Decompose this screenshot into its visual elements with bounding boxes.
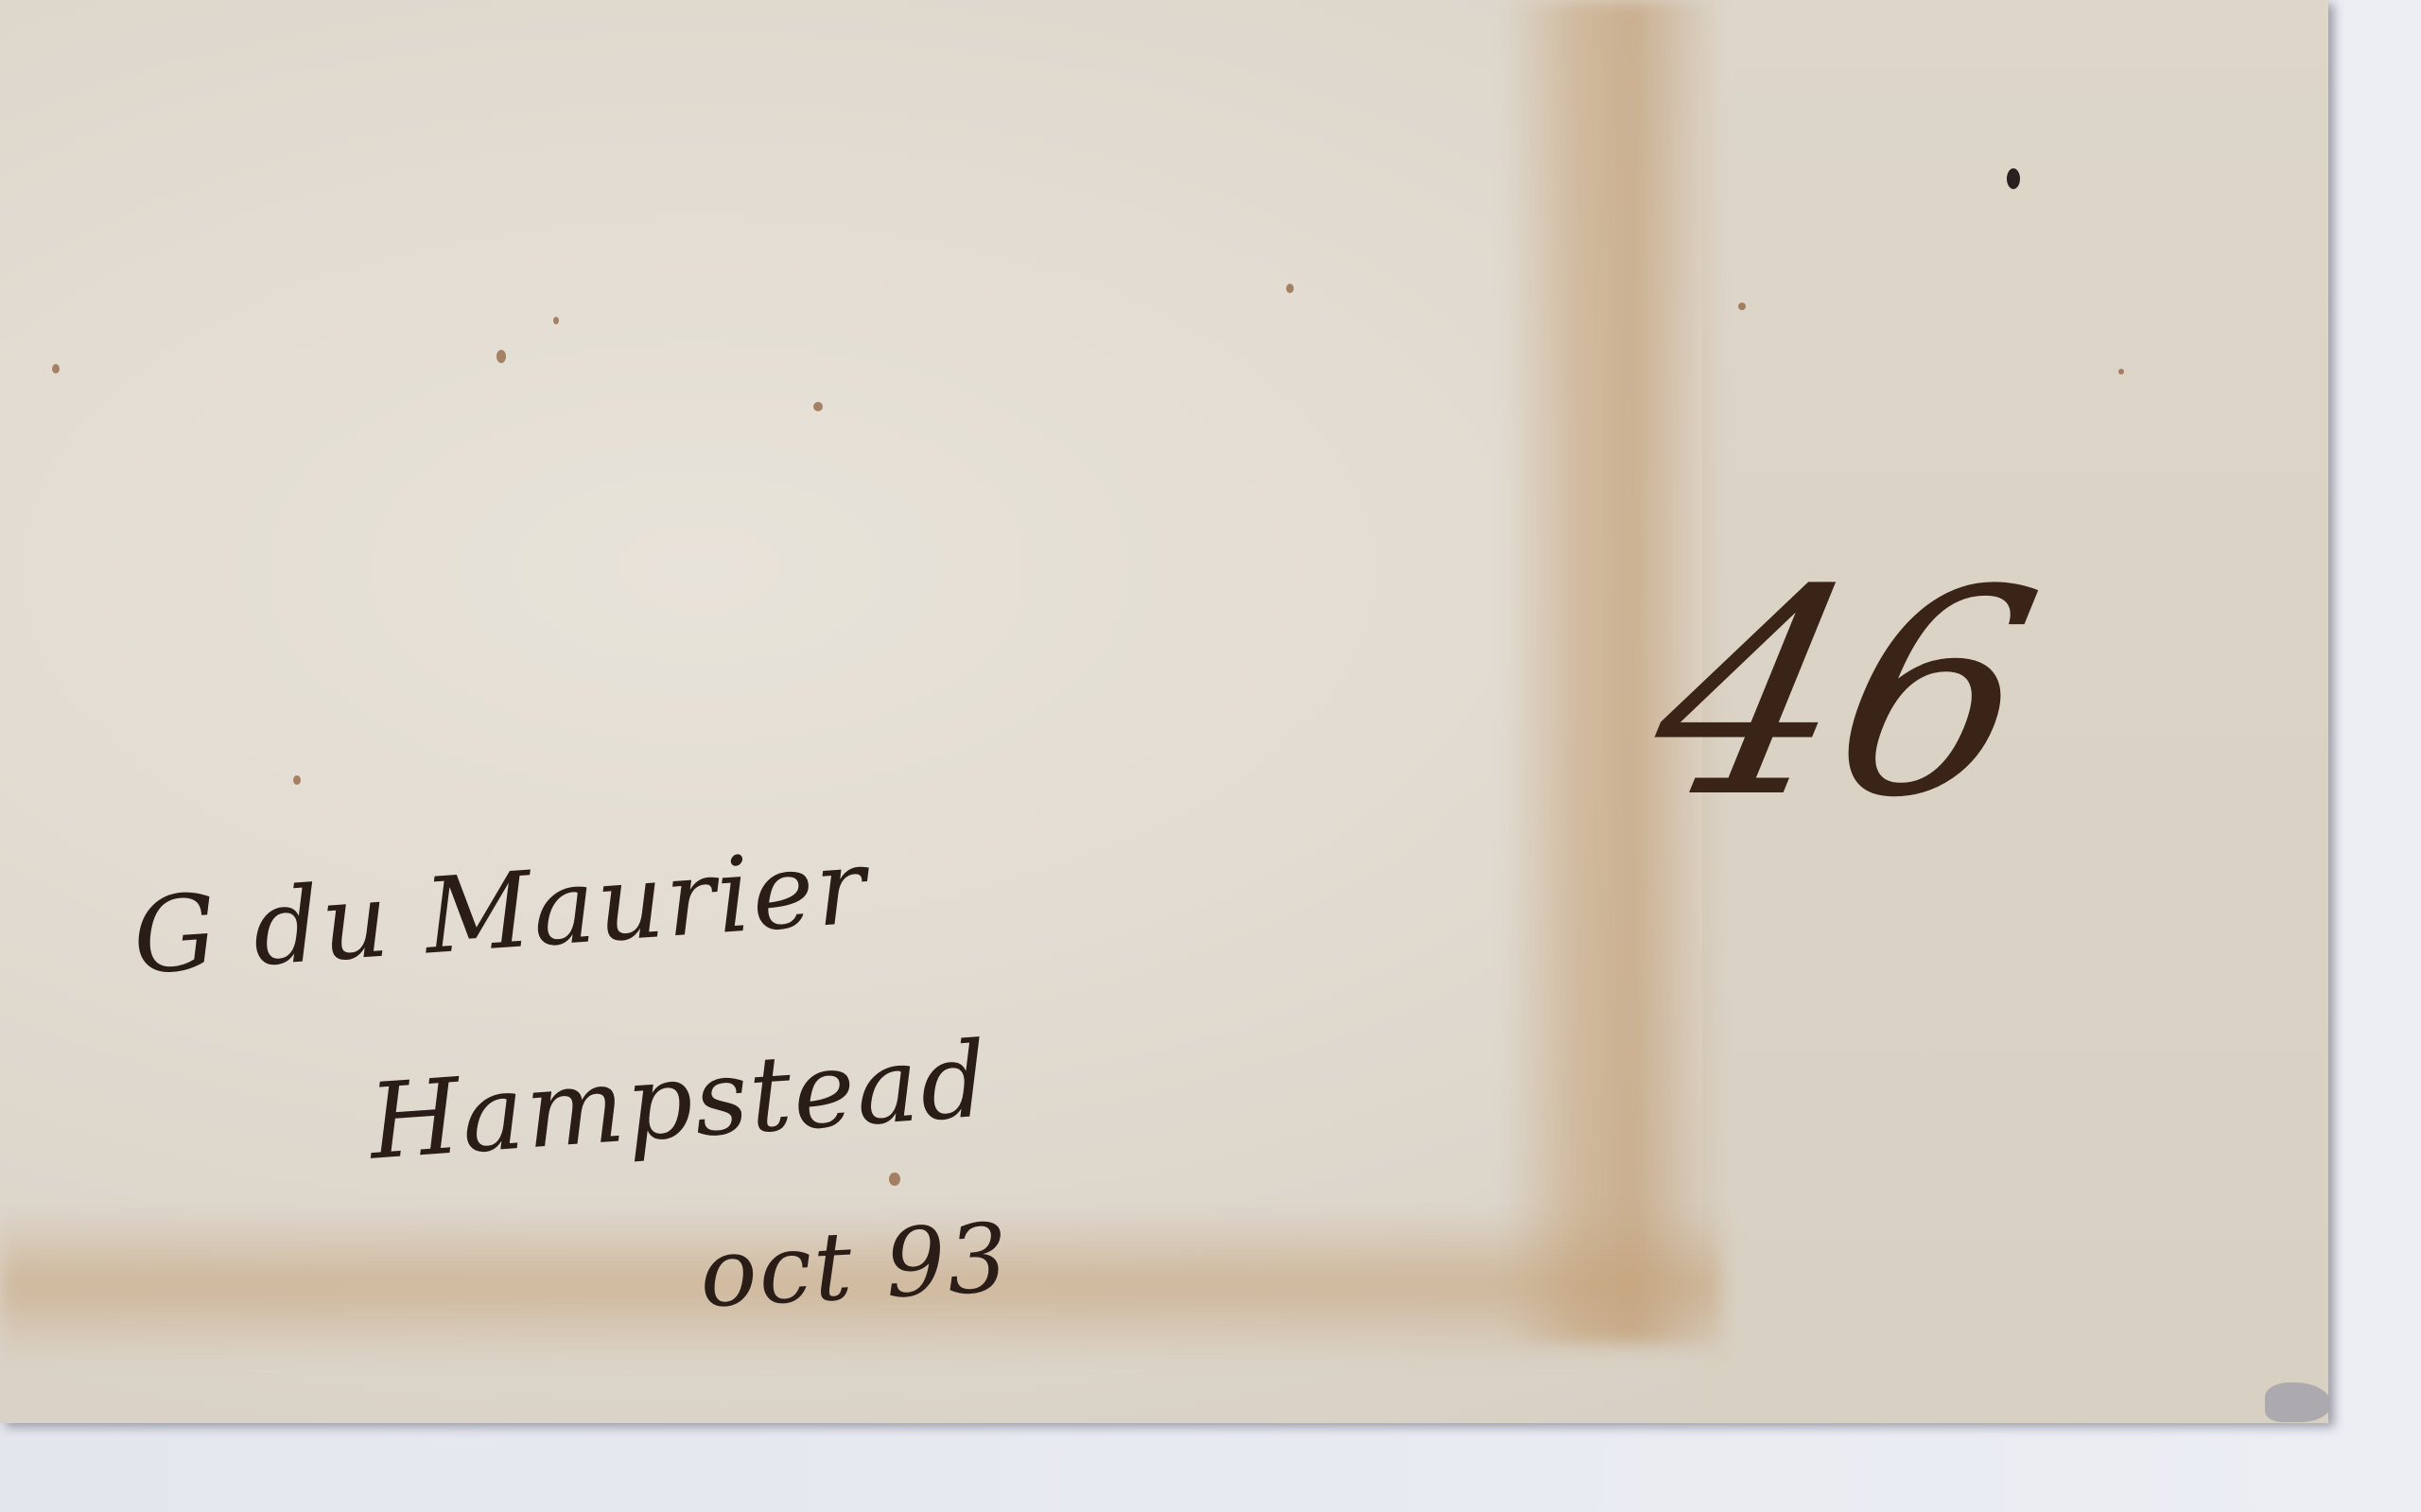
paper-speck: [1738, 303, 1746, 310]
paper-speck: [553, 317, 559, 324]
inscription-line-place: Hampstead: [365, 1018, 992, 1182]
paper-speck: [496, 350, 506, 363]
inscription-line-name: G du Maurier: [129, 826, 871, 998]
inscription-line-date: oct 93: [697, 1203, 1012, 1330]
paper-speck: [52, 364, 60, 374]
paper-speck: [293, 775, 301, 785]
paper-speck: [1286, 284, 1294, 293]
paper-corner-curl: [2265, 1382, 2328, 1422]
paper-speck: [813, 402, 823, 411]
ink-dot: [2007, 168, 2020, 189]
paper-speck: [2118, 369, 2124, 374]
page-number: 46: [1629, 530, 2061, 860]
paper-speck: [889, 1173, 900, 1186]
paper-sheet: G du Maurier Hampstead oct 93 46: [0, 0, 2328, 1423]
